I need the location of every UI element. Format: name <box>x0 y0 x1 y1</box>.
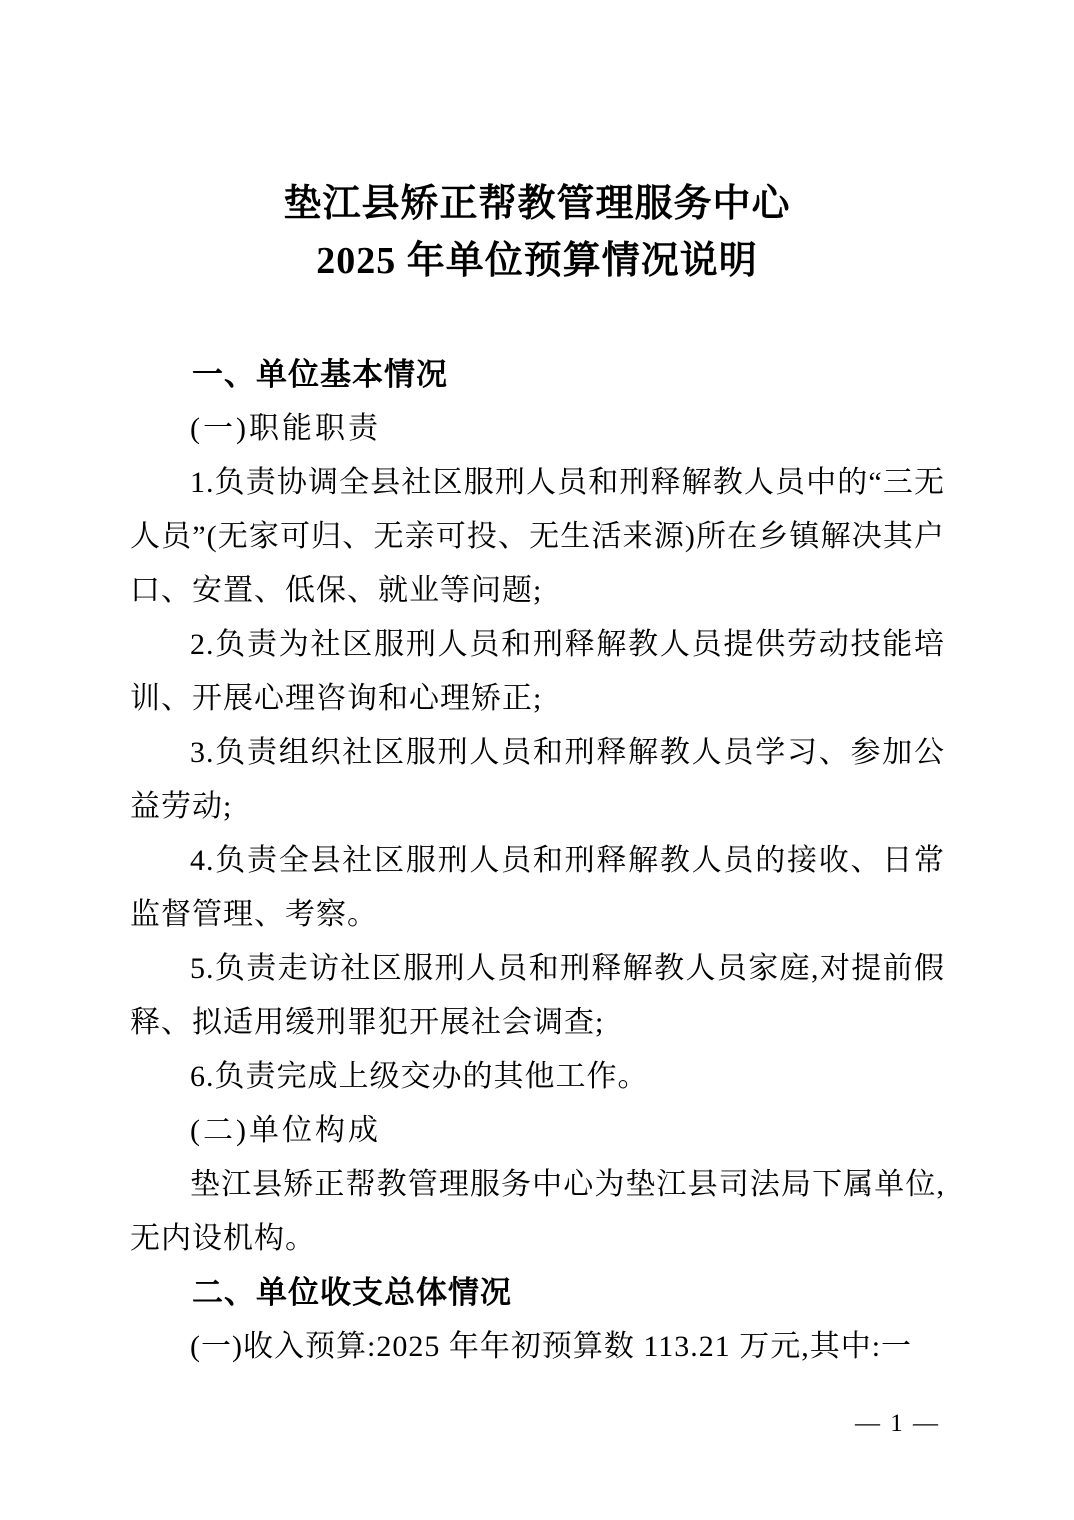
duty-item-2: 2.负责为社区服刑人员和刑释解教人员提供劳动技能培训、开展心理咨询和心理矫正; <box>130 618 945 726</box>
document-title-line1: 垫江县矫正帮教管理服务中心 <box>0 176 1074 233</box>
duty-item-5: 5.负责走访社区服刑人员和刑释解教人员家庭,对提前假释、拟适用缓刑罪犯开展社会调… <box>130 942 945 1050</box>
subsection-heading-duties: (一)职能职责 <box>130 402 945 456</box>
document-title-line2: 2025 年单位预算情况说明 <box>0 233 1074 290</box>
unit-composition-paragraph: 垫江县矫正帮教管理服务中心为垫江县司法局下属单位,无内设机构。 <box>130 1158 945 1266</box>
document-title: 垫江县矫正帮教管理服务中心 2025 年单位预算情况说明 <box>0 0 1074 290</box>
income-budget-paragraph: (一)收入预算:2025 年年初预算数 113.21 万元,其中:一 <box>130 1320 945 1374</box>
section-heading-revenue-expenditure: 二、单位收支总体情况 <box>130 1266 945 1320</box>
duty-item-4: 4.负责全县社区服刑人员和刑释解教人员的接收、日常监督管理、考察。 <box>130 834 945 942</box>
document-body: 一、单位基本情况 (一)职能职责 1.负责协调全县社区服刑人员和刑释解教人员中的… <box>130 348 945 1374</box>
document-page: 垫江县矫正帮教管理服务中心 2025 年单位预算情况说明 一、单位基本情况 (一… <box>0 0 1074 1520</box>
subsection-heading-unit-composition: (二)单位构成 <box>130 1104 945 1158</box>
section-heading-basic-info: 一、单位基本情况 <box>130 348 945 402</box>
duty-item-1: 1.负责协调全县社区服刑人员和刑释解教人员中的“三无人员”(无家可归、无亲可投、… <box>130 456 945 618</box>
duty-item-6: 6.负责完成上级交办的其他工作。 <box>130 1050 945 1104</box>
duty-item-3: 3.负责组织社区服刑人员和刑释解教人员学习、参加公益劳动; <box>130 726 945 834</box>
page-number: — 1 — <box>855 1410 940 1438</box>
